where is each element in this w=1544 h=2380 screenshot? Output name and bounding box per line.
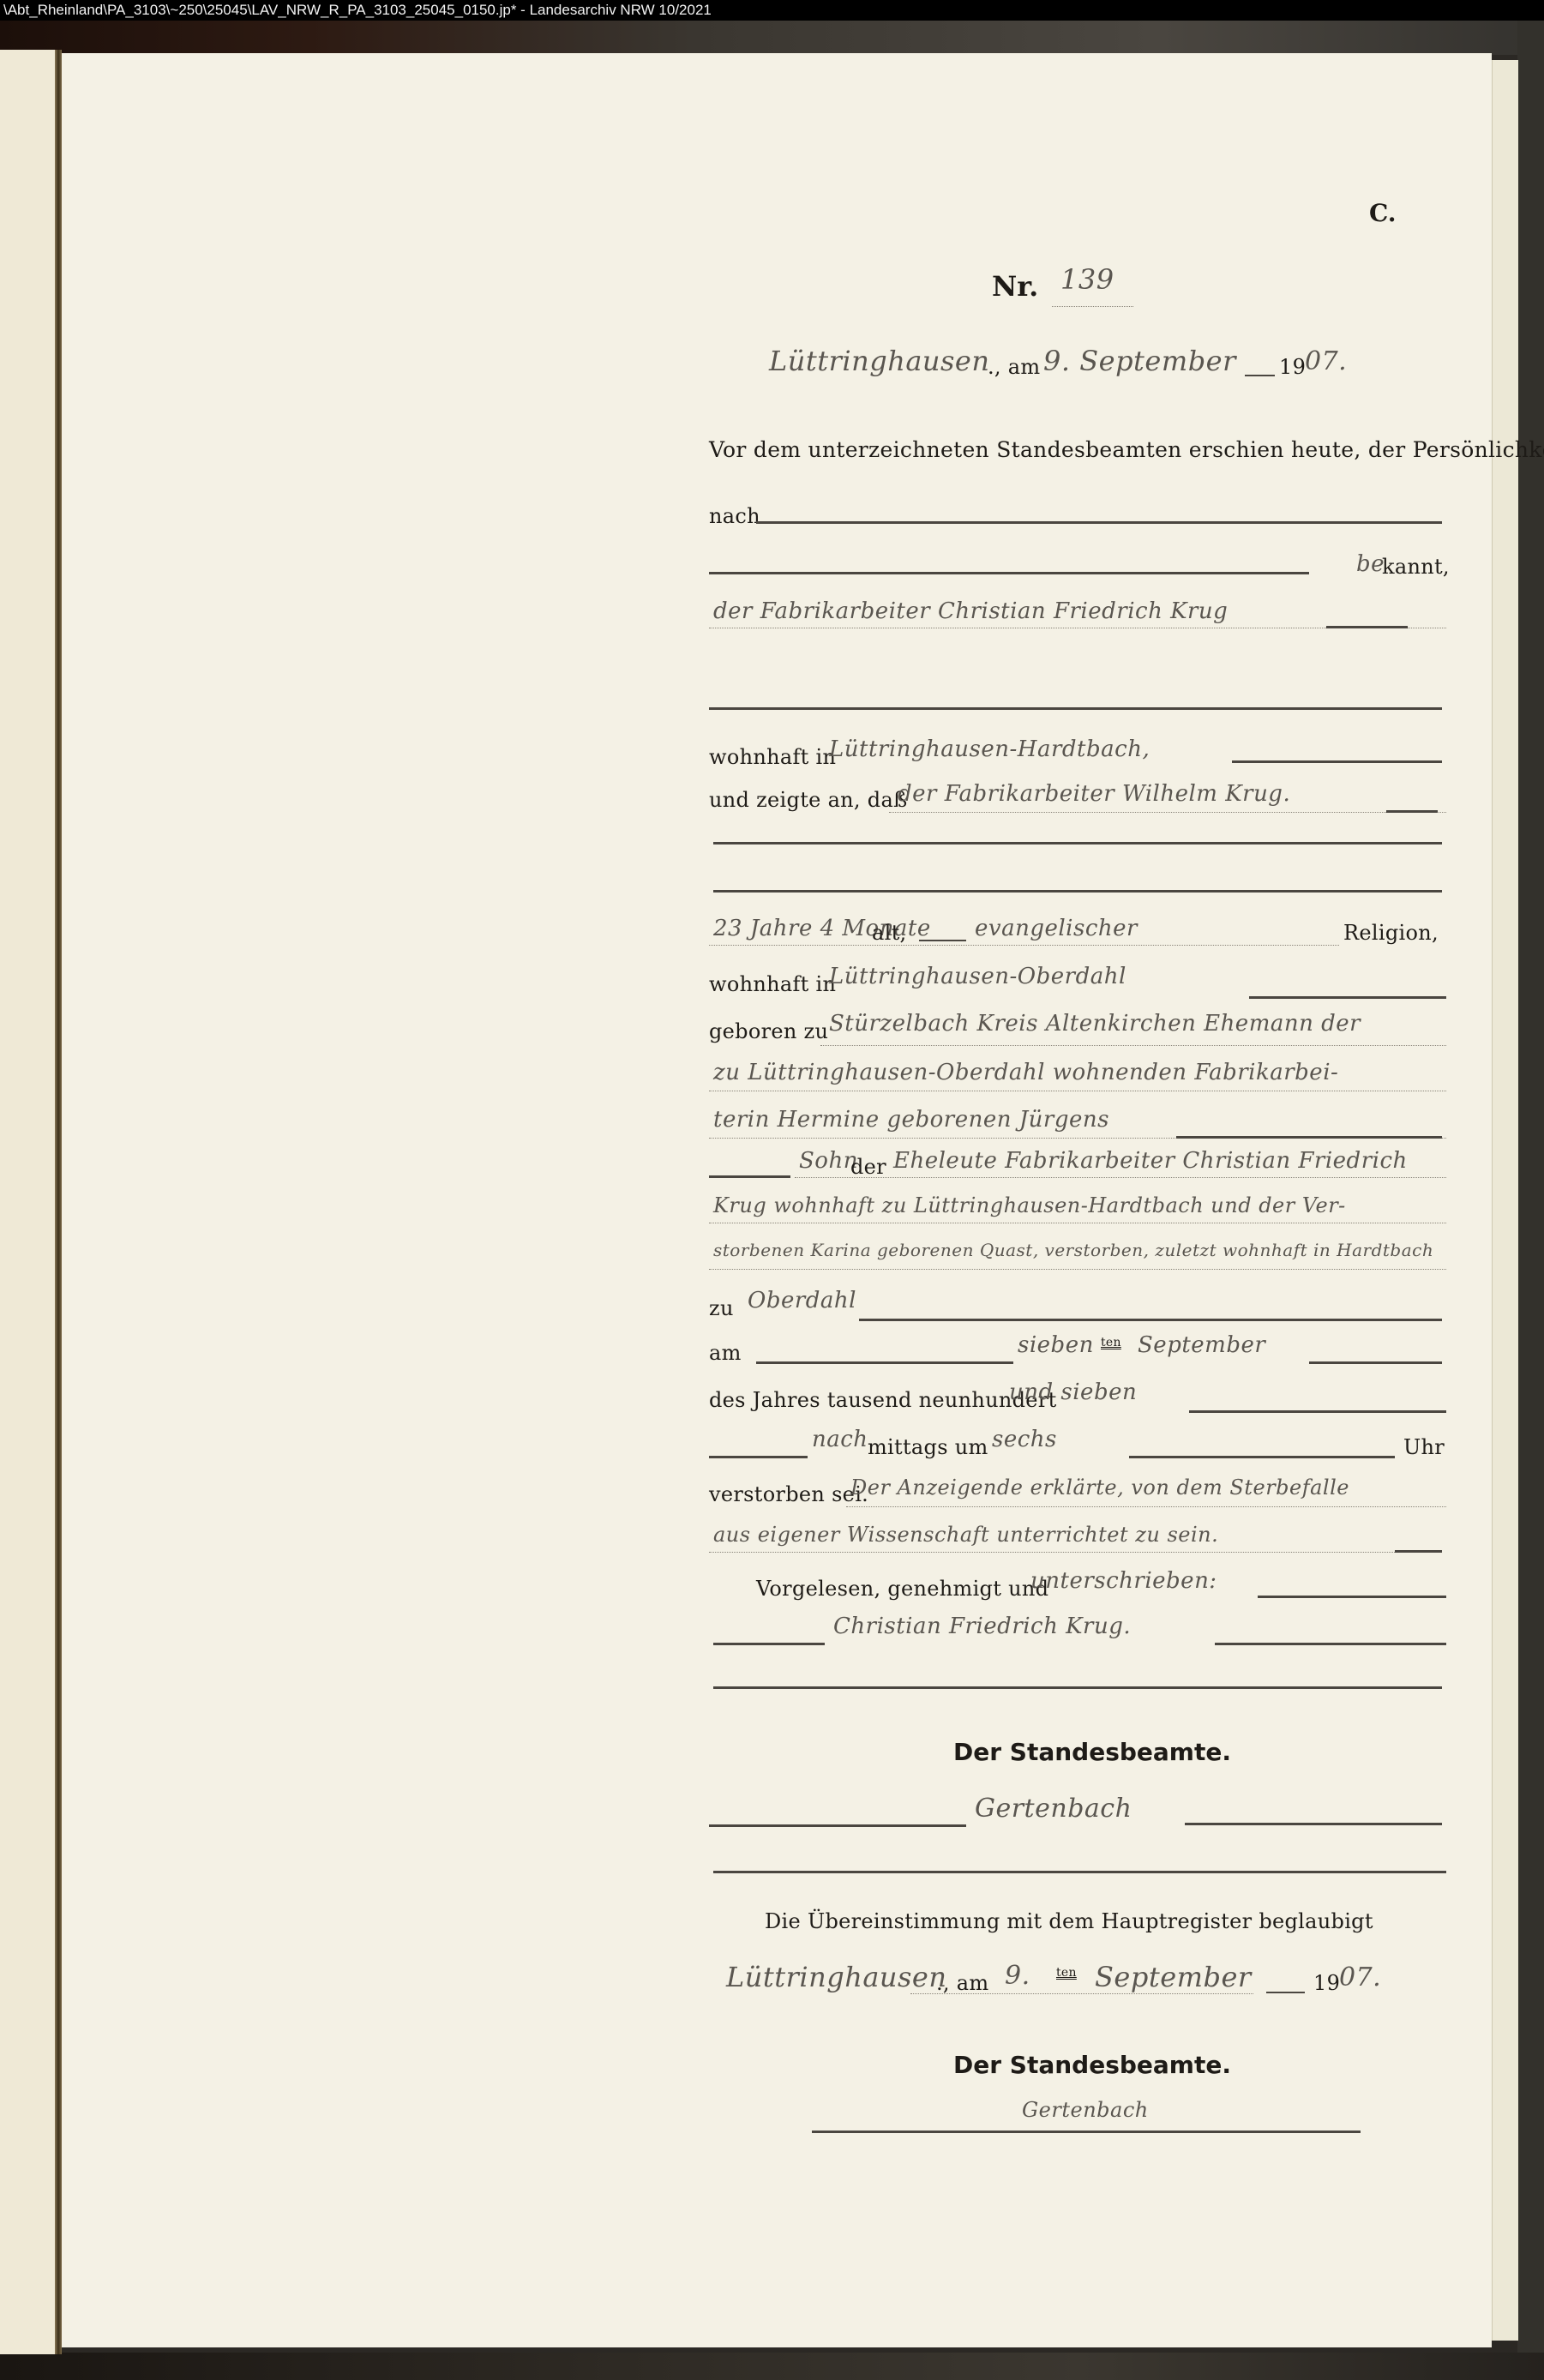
dotted-line xyxy=(1052,306,1133,307)
dotted-line xyxy=(846,1506,1446,1507)
certification-place: Lüttringhausen xyxy=(726,1961,946,1993)
scan-background-top xyxy=(0,21,1544,55)
scan-background-right xyxy=(1517,21,1544,2380)
mittags-label: mittags um xyxy=(868,1435,988,1459)
document-page: C. Nr. 139 Lüttringhausen ., am 9. Septe… xyxy=(62,53,1492,2347)
date-prefix: ., am xyxy=(988,355,1040,379)
date-value: 9. September xyxy=(1043,345,1236,377)
remark-line-1: Der Anzeigende erklärte, von dem Sterbef… xyxy=(850,1475,1349,1500)
registrar-signature-row: Gertenbach xyxy=(709,1794,1446,1845)
vorgelesen-value: unterschrieben: xyxy=(1030,1568,1217,1594)
intro-text: Vor dem unterzeichneten Standesbeamten e… xyxy=(709,437,1544,462)
vorgelesen-row: Vorgelesen, genehmigt und unterschrieben… xyxy=(709,1566,1446,1618)
deceased-residence-label: wohnhaft in xyxy=(709,972,836,996)
certification-heading: Der Standesbeamte. xyxy=(953,2051,1231,2079)
born-line-3: terin Hermine geborenen Jürgens xyxy=(713,1107,1109,1133)
scan-background-bottom xyxy=(0,2353,1544,2380)
informant-value: der Fabrikarbeiter Christian Friedrich K… xyxy=(713,598,1228,624)
rule-line xyxy=(1129,1456,1395,1458)
place-date-row: Lüttringhausen ., am 9. September 19 07. xyxy=(709,345,1446,396)
deceased-residence: Lüttringhausen-Oberdahl xyxy=(829,964,1126,989)
born-label: geboren zu xyxy=(709,1019,828,1043)
rule-line xyxy=(1395,1550,1442,1553)
rule-line xyxy=(1245,375,1275,376)
informant-signature-row: Christian Friedrich Krug. xyxy=(709,1614,1446,1665)
nach-label: nach xyxy=(709,504,760,528)
rule-line xyxy=(1258,1596,1446,1598)
dotted-line xyxy=(709,1552,1395,1553)
certification-text: Die Übereinstimmung mit dem Hauptregiste… xyxy=(765,1909,1373,1933)
certification-date-prefix: ., am xyxy=(936,1971,988,1995)
year-prefix: 19 xyxy=(1279,355,1306,379)
parents-line-3: storbenen Karina geborenen Quast, versto… xyxy=(713,1240,1433,1260)
parents-line-2-row: Krug wohnhaft zu Lüttringhausen-Hardtbac… xyxy=(709,1192,1446,1243)
rule-line xyxy=(756,521,1442,524)
rule-line xyxy=(1309,1361,1442,1364)
deceased-residence-row: wohnhaft in Lüttringhausen-Oberdahl xyxy=(709,960,1446,1012)
dotted-line xyxy=(709,945,1339,946)
zeigte-row: und zeigte an, daß der Fabrikarbeiter Wi… xyxy=(709,778,1446,829)
rule-line xyxy=(1266,1992,1305,1993)
rule-line xyxy=(713,1643,825,1645)
parents-line-3-row: storbenen Karina geborenen Quast, versto… xyxy=(709,1238,1446,1289)
dotted-line xyxy=(910,1993,1253,1994)
alt-label: alt, xyxy=(872,921,906,945)
religion-label: Religion, xyxy=(1343,921,1439,945)
remark-row: verstorben sei. Der Anzeigende erklärte,… xyxy=(709,1472,1446,1524)
rule-line xyxy=(709,1175,790,1178)
rule-line xyxy=(1185,1823,1442,1825)
vorgelesen-label: Vorgelesen, genehmigt und xyxy=(756,1577,1048,1601)
age-religion-row: 23 Jahre 4 Monate alt, evangelischer Rel… xyxy=(709,911,1446,962)
remark-line-2-row: aus eigener Wissenschaft unterrichtet zu… xyxy=(709,1519,1446,1571)
am-label: am xyxy=(709,1341,742,1365)
rule-line xyxy=(709,707,1442,710)
dotted-line xyxy=(709,1269,1446,1270)
born-row: geboren zu Stürzelbach Kreis Altenkirche… xyxy=(709,1009,1446,1061)
death-month: September xyxy=(1138,1332,1265,1358)
dotted-line xyxy=(709,1223,1446,1223)
rule-line xyxy=(859,1319,1442,1321)
rule-line xyxy=(1232,760,1442,763)
parents-line-2: Krug wohnhaft zu Lüttringhausen-Hardtbac… xyxy=(713,1193,1346,1217)
remark-line-2: aus eigener Wissenschaft unterrichtet zu… xyxy=(713,1523,1218,1547)
record-number: 139 xyxy=(1060,263,1114,296)
informant-residence: Lüttringhausen-Hardtbach, xyxy=(829,736,1150,762)
rule-line xyxy=(713,1871,1446,1873)
bekannt-printed: kannt, xyxy=(1382,555,1450,579)
registrar-heading: Der Standesbeamte. xyxy=(953,1738,1231,1766)
death-date-row: am sieben ten September xyxy=(709,1331,1446,1382)
certification-day: 9. xyxy=(1005,1961,1030,1991)
window-title: \Abt_Rheinland\PA_3103\~250\25045\LAV_NR… xyxy=(3,2,712,18)
deceased-value: der Fabrikarbeiter Wilhelm Krug. xyxy=(898,781,1290,807)
death-day: sieben xyxy=(1018,1332,1094,1358)
certification-ten-suffix: ten xyxy=(1056,1966,1077,1980)
rule-line xyxy=(713,842,1442,844)
religion-value: evangelischer xyxy=(975,916,1138,941)
rule-line xyxy=(713,1686,1442,1689)
dotted-line xyxy=(709,1091,1446,1091)
year-label: des Jahres tausend neunhundert xyxy=(709,1388,1057,1412)
born-line-1: Stürzelbach Kreis Altenkirchen Ehemann d… xyxy=(829,1011,1361,1037)
parents-line-1: Eheleute Fabrikarbeiter Christian Friedr… xyxy=(893,1148,1408,1174)
rule-line xyxy=(1249,996,1446,999)
death-time-row: nach mittags um sechs Uhr xyxy=(709,1425,1446,1476)
book-gutter xyxy=(55,50,62,2354)
section-letter: C. xyxy=(1369,199,1397,227)
bekannt-row: be kannt, xyxy=(709,546,1446,598)
certification-month: September xyxy=(1095,1961,1252,1993)
place-value: Lüttringhausen xyxy=(769,345,989,377)
wohnhaft-label: wohnhaft in xyxy=(709,745,836,769)
year-suffix: 07. xyxy=(1305,346,1347,376)
rule-line xyxy=(919,940,966,941)
time-prefix: nach xyxy=(812,1427,868,1452)
rule-line xyxy=(1176,1136,1442,1139)
certification-year-prefix: 19 xyxy=(1313,1971,1340,1995)
informant-signature: Christian Friedrich Krug. xyxy=(833,1614,1131,1639)
rule-line xyxy=(1326,626,1408,628)
uhr-label: Uhr xyxy=(1403,1435,1445,1459)
certification-date-row: Lüttringhausen ., am 9. ten September 19… xyxy=(709,1961,1446,2012)
bekannt-hand: be xyxy=(1356,551,1385,577)
certification-signature: Gertenbach xyxy=(1022,2098,1149,2122)
nach-row: nach xyxy=(709,499,1446,550)
death-place-row: zu Oberdahl xyxy=(709,1284,1446,1336)
rule-line xyxy=(709,1456,808,1458)
certification-signature-row: Gertenbach xyxy=(709,2098,1446,2149)
rule-line xyxy=(709,572,1309,574)
born-line-2: zu Lüttringhausen-Oberdahl wohnenden Fab… xyxy=(713,1060,1338,1085)
year-words: und sieben xyxy=(1009,1379,1137,1405)
rule-line xyxy=(1215,1643,1446,1645)
zeigte-label: und zeigte an, daß xyxy=(709,788,907,812)
death-place: Oberdahl xyxy=(748,1288,856,1313)
rule-line xyxy=(1189,1410,1446,1413)
rule-line xyxy=(709,1824,966,1827)
rule-line xyxy=(713,890,1442,892)
verstorben-label: verstorben sei. xyxy=(709,1482,868,1506)
son-hand-prefix: Sohn xyxy=(799,1148,858,1174)
informant-row: der Fabrikarbeiter Christian Friedrich K… xyxy=(709,593,1446,645)
certification-year-suffix: 07. xyxy=(1339,1962,1381,1992)
time-value: sechs xyxy=(992,1427,1057,1452)
rule-line xyxy=(1386,810,1438,813)
zu-label: zu xyxy=(709,1296,734,1320)
death-year-row: des Jahres tausend neunhundert und siebe… xyxy=(709,1378,1446,1429)
left-page-edge xyxy=(0,50,55,2354)
son-printed: der xyxy=(850,1155,886,1179)
born-line-2-row: zu Lüttringhausen-Oberdahl wohnenden Fab… xyxy=(709,1056,1446,1108)
ten-suffix: ten xyxy=(1101,1336,1121,1349)
rule-line xyxy=(756,1361,1013,1364)
registrar-signature: Gertenbach xyxy=(975,1794,1132,1824)
son-row: Sohn der Eheleute Fabrikarbeiter Christi… xyxy=(709,1146,1446,1198)
underlying-page-edge xyxy=(1492,60,1518,2341)
dotted-line xyxy=(795,1177,1446,1178)
dotted-line xyxy=(889,812,1446,813)
number-label: Nr. xyxy=(992,270,1038,303)
record-number-row: Nr. 139 xyxy=(709,263,1446,315)
window-title-bar: \Abt_Rheinland\PA_3103\~250\25045\LAV_NR… xyxy=(0,0,1544,21)
dotted-line xyxy=(820,1045,1446,1046)
rule-line xyxy=(812,2131,1361,2133)
